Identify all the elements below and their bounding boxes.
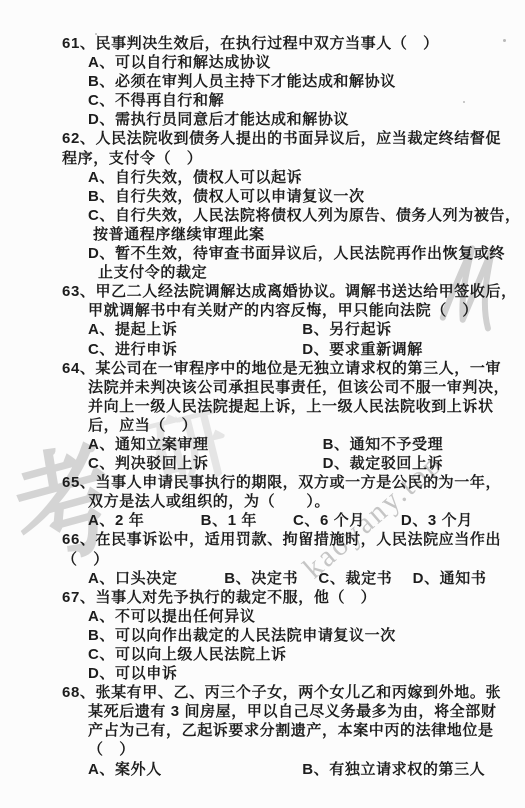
text-line: （ ）	[0, 740, 525, 759]
text-line: 止支付令的裁定	[0, 263, 525, 282]
text-line: 68、张某有甲、乙、丙三个子女，两个女儿乙和丙嫁到外地。张	[0, 683, 525, 702]
text-line: C、自行失效，人民法院将债权人列为原告、债务人列为被告，	[0, 206, 525, 225]
text-line: B、可以向作出裁定的人民法院申请复议一次	[0, 626, 525, 645]
text-line: A、提起上诉 B、另行起诉	[0, 320, 525, 339]
text-line: 甲就调解书中有关财产的内容反悔，甲只能向法院（ ）	[0, 301, 525, 320]
text-line: A、可以自行和解达成协议	[0, 53, 525, 72]
text-line: 66、在民事诉讼中，适用罚款、拘留措施时，人民法院应当作出	[0, 530, 525, 549]
text-line: D、暂不生效，待审查书面异议后，人民法院再作出恢复或终	[0, 244, 525, 263]
text-line: 62、人民法院收到债务人提出的书面异议后，应当裁定终结督促	[0, 129, 525, 148]
text-line: 67、当事人对先予执行的裁定不服，他（ ）	[0, 588, 525, 607]
text-line: 65、当事人申请民事执行的期限，双方或一方是公民的为一年，	[0, 473, 525, 492]
text-line: 按普通程序继续审理此案	[0, 225, 525, 244]
text-flow: 61、民事判决生效后，在执行过程中双方当事人（ ）A、可以自行和解达成协议B、必…	[0, 34, 525, 779]
text-line: 64、某公司在一审程序中的地位是无独立请求权的第三人，一审	[0, 359, 525, 378]
text-line: A、口头决定 B、决定书 C、裁定书 D、通知书	[0, 569, 525, 588]
text-line: 双方是法人或组织的，为（ ）。	[0, 492, 525, 511]
text-line: A、自行失效，债权人可以起诉	[0, 168, 525, 187]
text-line: B、自行失效，债权人可以申请复议一次	[0, 187, 525, 206]
text-line: 并向上一级人民法院提起上诉，上一级人民法院收到上诉状	[0, 397, 525, 416]
text-line: 后，应当（ ）	[0, 416, 525, 435]
text-line: 法院并未判决该公司承担民事责任，但该公司不服一审判决，	[0, 378, 525, 397]
text-line: A、2 年 B、1 年 C、6 个月 D、3 个月	[0, 511, 525, 530]
text-line: A、案外人 B、有独立请求权的第三人	[0, 760, 525, 779]
text-line: （ ）	[0, 550, 525, 569]
text-line: 产占为己有，乙起诉要求分割遗产，本案中丙的法律地位是	[0, 721, 525, 740]
text-line: A、不可以提出任何异议	[0, 607, 525, 626]
text-line: A、通知立案审理 B、通知不予受理	[0, 435, 525, 454]
text-line: C、进行申诉 D、要求重新调解	[0, 340, 525, 359]
text-line: D、可以申诉	[0, 664, 525, 683]
scanned-exam-page: 考 研 kaoyany.top 61、民事判决生效后，在执行过程中双方当事人（ …	[0, 0, 525, 808]
text-line: 61、民事判决生效后，在执行过程中双方当事人（ ）	[0, 34, 525, 53]
text-line: D、需执行员同意后才能达成和解协议	[0, 110, 525, 129]
text-line: C、不得再自行和解	[0, 91, 525, 110]
text-line: C、可以向上级人民法院上诉	[0, 645, 525, 664]
text-line: B、必须在审判人员主持下才能达成和解协议	[0, 72, 525, 91]
text-line: C、判决驳回上诉 D、裁定驳回上诉	[0, 454, 525, 473]
text-line: 63、甲乙二人经法院调解达成离婚协议。调解书送达给甲签收后，	[0, 282, 525, 301]
text-line: 程序，支付令（ ）	[0, 149, 525, 168]
text-line: 某死后遗有 3 间房屋，甲以自己尽义务最多为由，将全部财	[0, 702, 525, 721]
